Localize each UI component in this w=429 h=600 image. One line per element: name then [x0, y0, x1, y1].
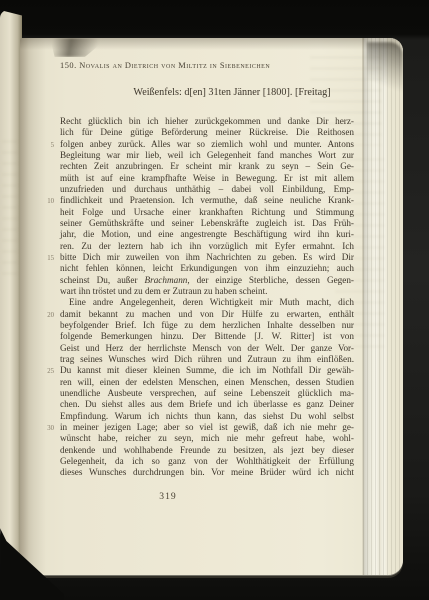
letter-line: beyfolgender Brief. Ich füge zu dem herz… — [60, 320, 354, 331]
margin-line-number: 5 — [38, 140, 54, 151]
margin-line-number: 25 — [38, 366, 54, 377]
book-scan: 150. Novalis an Dietrich von Miltitz in … — [0, 0, 429, 600]
letter-line: ren will, einen der edelsten Menschen, e… — [60, 377, 354, 388]
page-number: 319 — [138, 491, 198, 502]
letter-line: heit Folge und Ursache einer krankhaften… — [60, 207, 354, 218]
letter-line: 30in meiner jezigen Lage; aber so viel i… — [60, 422, 354, 433]
facing-page-edge — [0, 10, 22, 566]
letter-line: unzufrieden und durchaus unthäthig – dab… — [60, 184, 354, 195]
margin-line-number: 30 — [38, 423, 54, 434]
letter-line: trag seines Wunsches wird Dich rühren un… — [60, 354, 354, 365]
letter-line: dieses Wunsches durchdrungen bin. Vor me… — [60, 467, 354, 478]
letter-line: 20damit bekannt zu machen und von Dir Hü… — [60, 309, 354, 320]
letter-line: denkende und wohlhabende Freunde zu besi… — [60, 445, 354, 456]
book-page: 150. Novalis an Dietrich von Miltitz in … — [20, 38, 403, 575]
letter-line: wünscht habe, reicher zu seyn, mich nie … — [60, 433, 354, 444]
letter-line: Gelegenheit, da ich so ganz von der Wohl… — [60, 456, 354, 467]
letter-line: scheinst Du, außer Brachmann, der einzig… — [60, 275, 354, 286]
page-edge-crease — [362, 38, 363, 575]
letter-line: rechten Zeit anzubringen. Er scheint mir… — [60, 161, 354, 172]
letter-line: seiner Gemüthskräfte und seiner Lebenskr… — [60, 218, 354, 229]
letter-line: Eine andre Angelegenheit, deren Wichtigk… — [60, 297, 354, 308]
top-left-corner-shadow — [50, 38, 108, 57]
letter-line: ren. Zu der leztern hab ich ihn vorzügli… — [60, 241, 354, 252]
letter-line: nicht fehlen können, leicht Erkundigunge… — [60, 263, 354, 274]
letter-line: Empfindung. Warum ich nichts thun kann, … — [60, 411, 354, 422]
letter-line: chen. Du siehst alles aus dem Briefe und… — [60, 399, 354, 410]
margin-line-number: 20 — [38, 310, 54, 321]
letter-body: Recht glücklich bin ich hieher zurückgek… — [60, 116, 354, 479]
letter-line: 5folgen anbey zurück. Alles war so zieml… — [60, 139, 354, 150]
letter-dateline: Weißenfels: d[en] 31ten Jänner [1800]. [… — [82, 87, 382, 98]
margin-line-number: 15 — [38, 253, 54, 264]
letter-heading: 150. Novalis an Dietrich von Miltitz in … — [60, 61, 380, 70]
letter-line: Begleitung war mir lieb, weil ich Gelege… — [60, 150, 354, 161]
margin-line-number: 10 — [38, 196, 54, 207]
letter-line: müth ist auf eine krampfhafte Weise in B… — [60, 173, 354, 184]
letter-line: unendliche Ausbeute versprechen, auf sei… — [60, 388, 354, 399]
letter-line: wart ihn tröstet und zu dem er Zutraun z… — [60, 286, 354, 297]
letter-line: jahr, die Motion, und eine angestrengte … — [60, 229, 354, 240]
fore-edge-page-stack — [363, 38, 403, 575]
letter-line: 25Du kannst mit dieser kleinen Summe, di… — [60, 365, 354, 376]
letter-line: lich für Deine gütige Beförderung meiner… — [60, 127, 354, 138]
letter-line: 15bitte Dich mir zuweilen von ihm Nachri… — [60, 252, 354, 263]
letter-line: 10findlichkeit und Praetension. Ich verm… — [60, 195, 354, 206]
letter-line: folgende Bemerkungen hinzu. Der Bittende… — [60, 331, 354, 342]
letter-line: Recht glücklich bin ich hieher zurückgek… — [60, 116, 354, 127]
letter-line: Geist und Herz der herrlichste Mensch vo… — [60, 343, 354, 354]
